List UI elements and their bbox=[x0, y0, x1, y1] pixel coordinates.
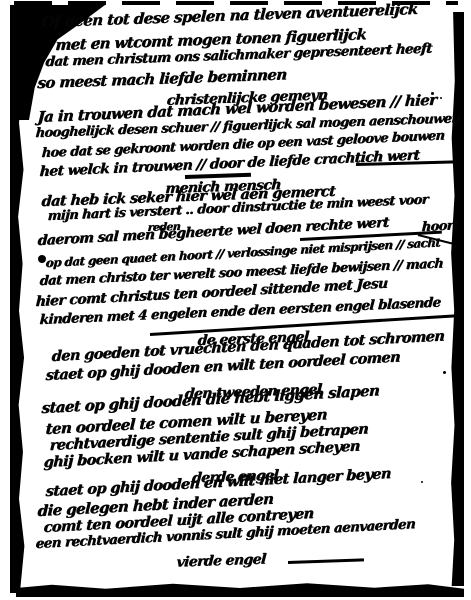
ink-speckle bbox=[443, 371, 446, 374]
ink-speckle bbox=[421, 481, 423, 483]
scan-border-bottom bbox=[16, 582, 464, 597]
manuscript-page: Of geen tot dese spelen na tleven aventu… bbox=[0, 0, 471, 600]
margin-note: hoort bbox=[421, 218, 458, 235]
manuscript-line: so meest mach liefde beminnen bbox=[37, 65, 287, 92]
